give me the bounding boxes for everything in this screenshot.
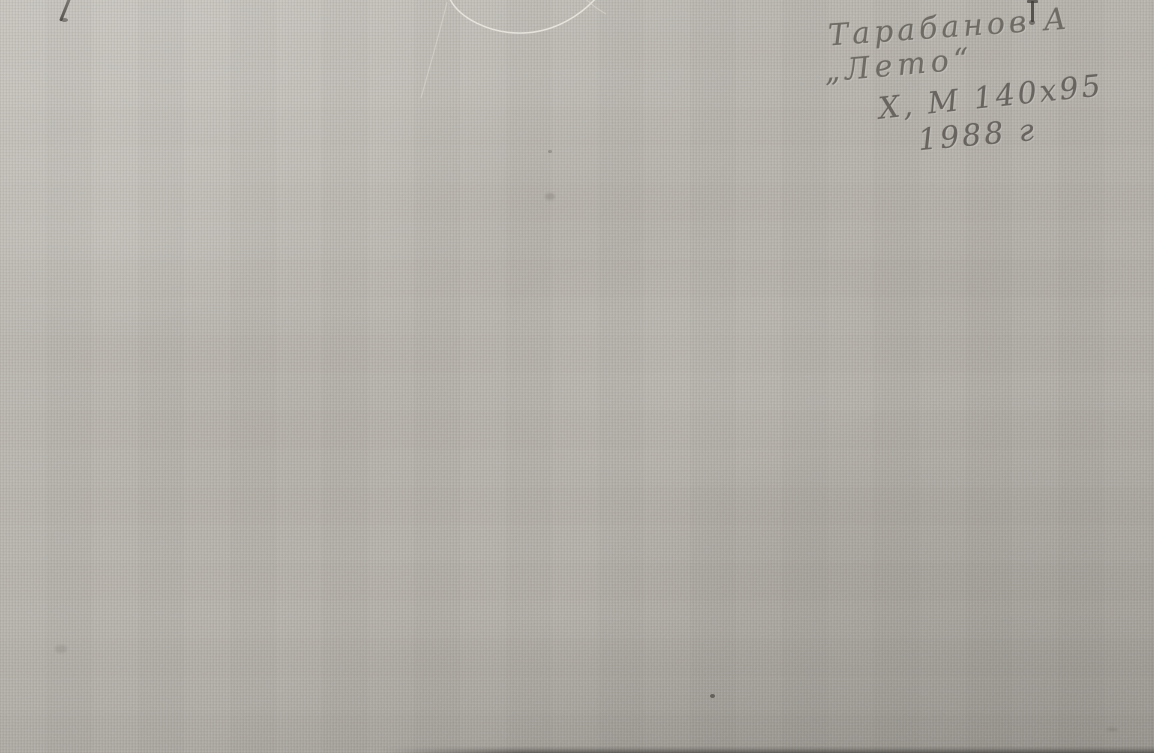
pencil-tick-bar bbox=[1027, 0, 1038, 3]
pencil-slash-foot bbox=[61, 18, 68, 22]
canvas-speck bbox=[548, 150, 552, 153]
canvas-smudge bbox=[55, 645, 67, 653]
canvas-speck bbox=[710, 694, 715, 698]
canvas-verso-photo: Тарабанов А „Лето“ Х, М 140х95 1988 г bbox=[0, 0, 1154, 753]
bottom-edge-shadow bbox=[0, 746, 1154, 753]
canvas-smudge bbox=[1106, 728, 1118, 731]
canvas-smudge bbox=[545, 193, 555, 200]
